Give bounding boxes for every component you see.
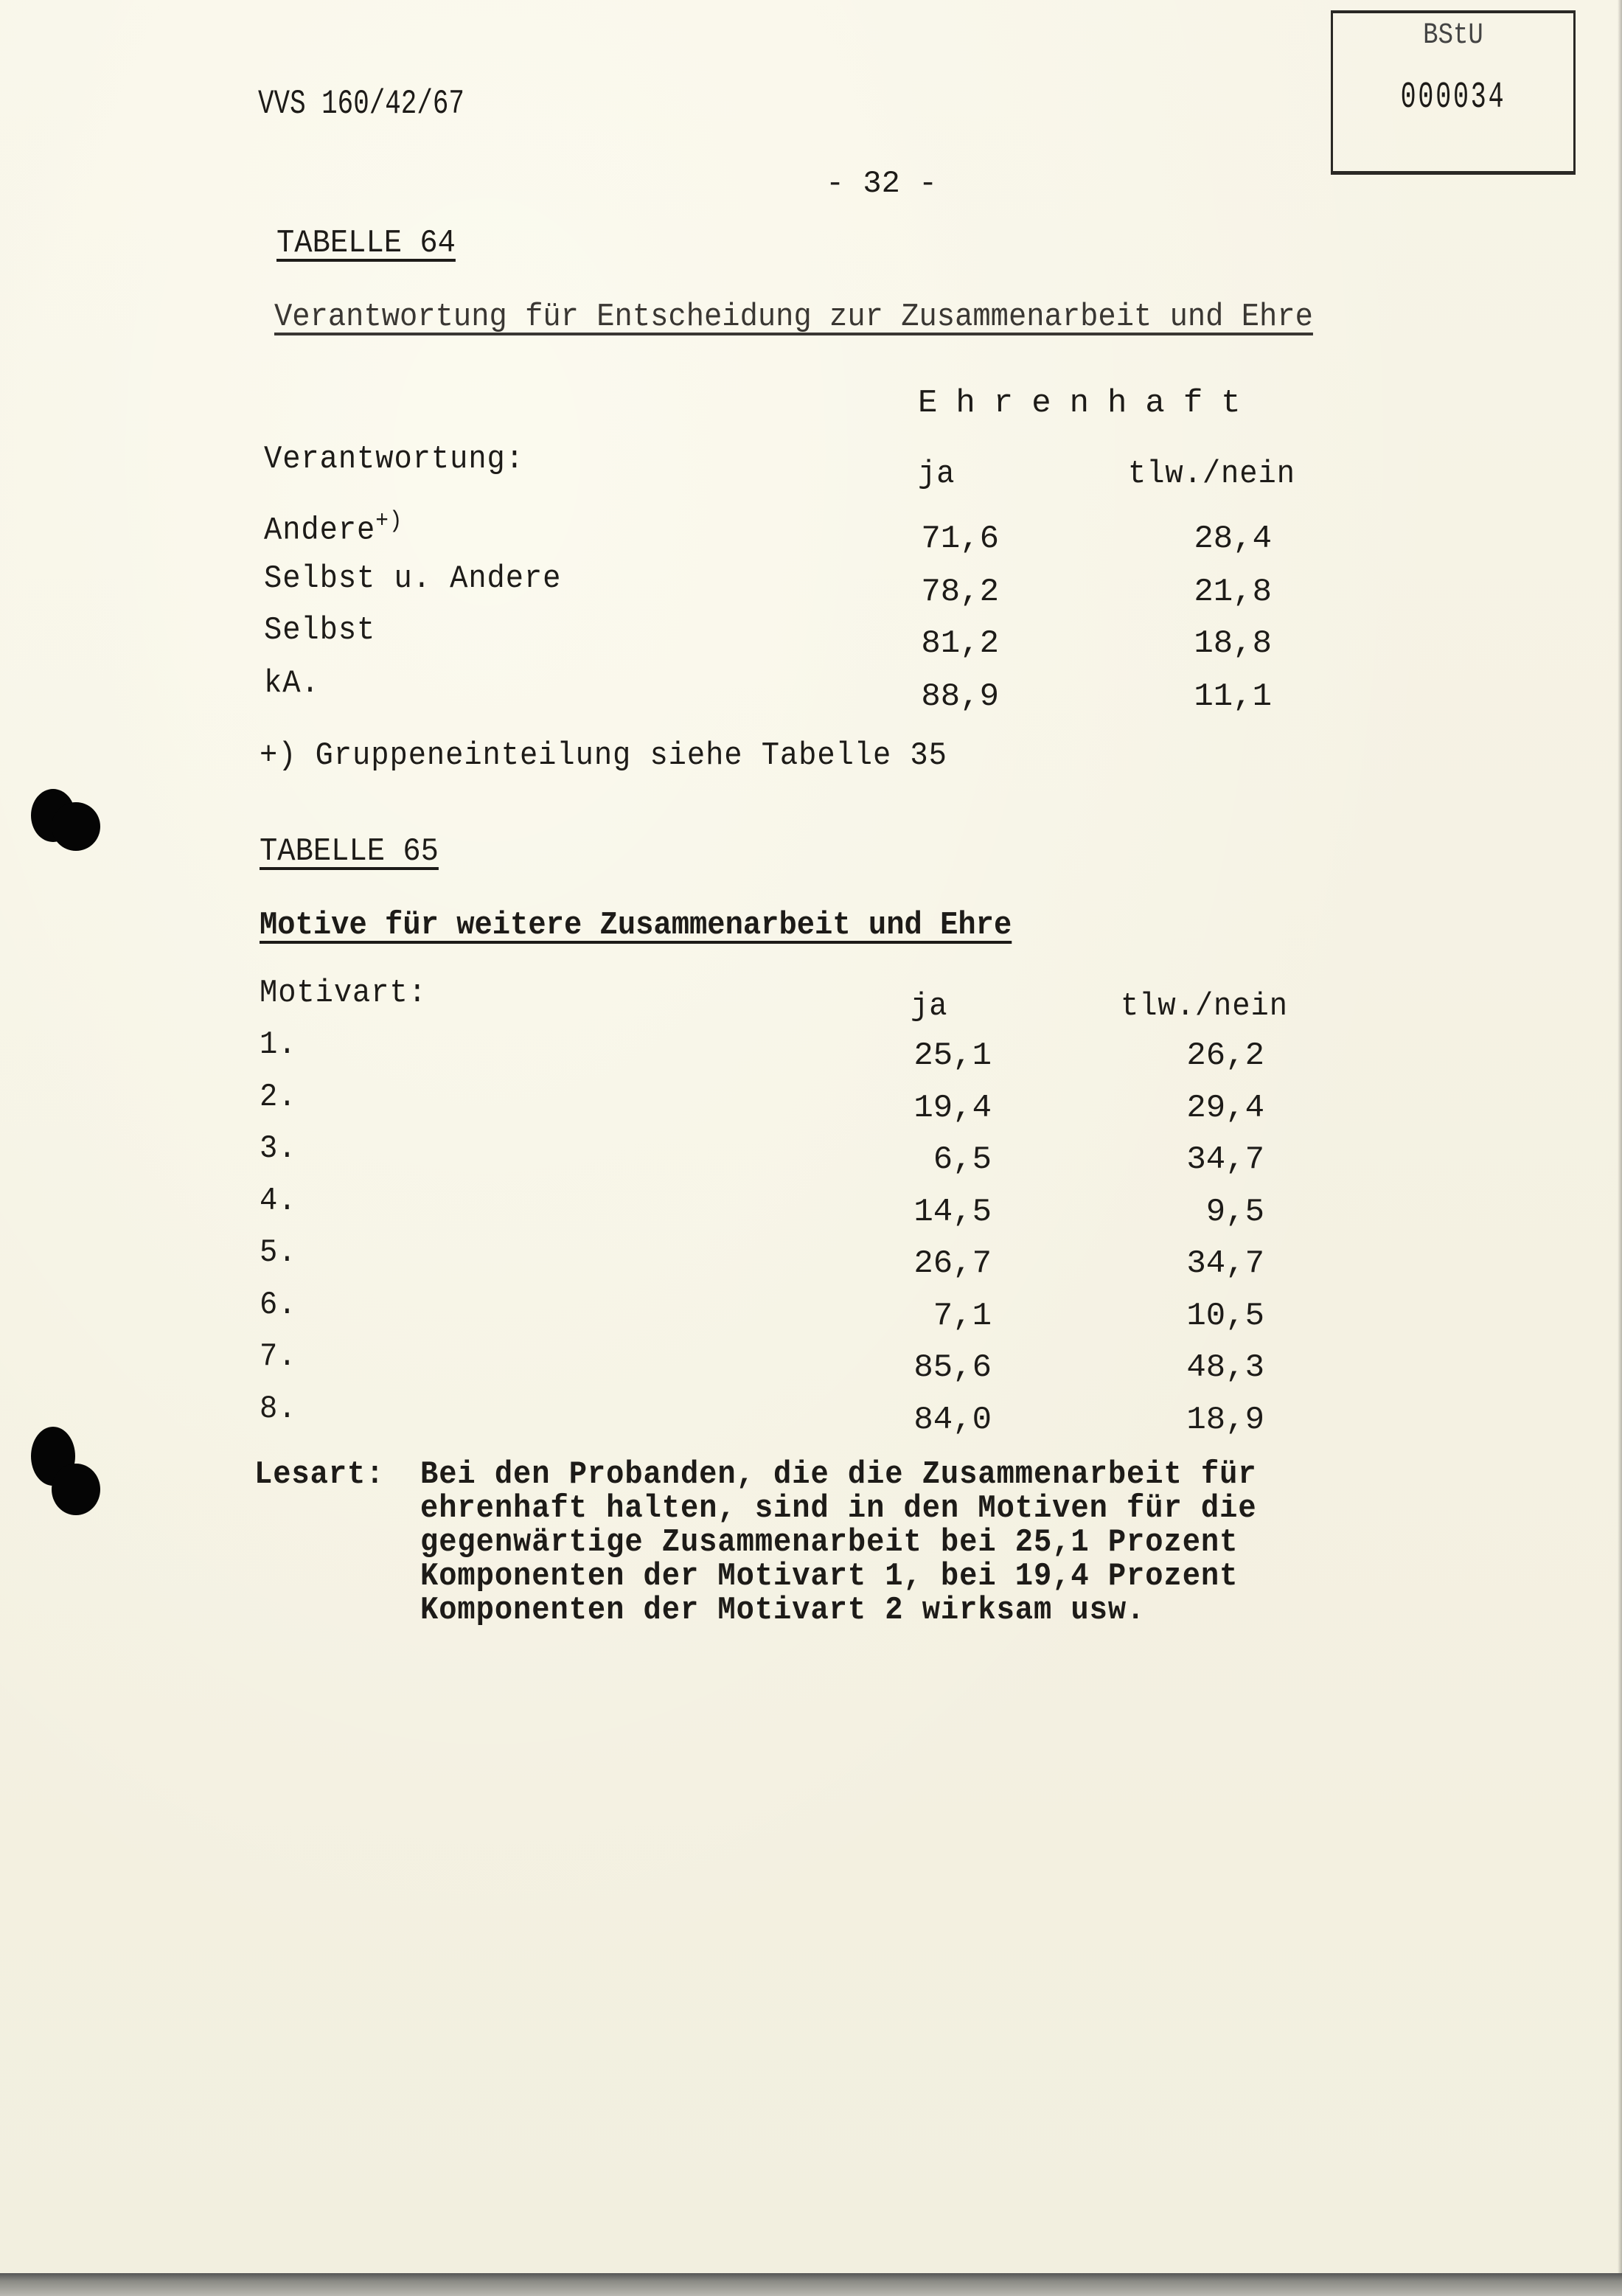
table-64-footnote: +) Gruppeneinteilung siehe Tabelle 35 (260, 737, 947, 774)
punch-hole-top-shadow (52, 802, 100, 851)
document-page (0, 0, 1622, 2278)
table-65-cell-ja: 6,5 (844, 1141, 992, 1178)
table-64-row-label: Selbst u. Andere (264, 560, 561, 597)
document-reference: VVS 160/42/67 (258, 85, 464, 123)
archive-stamp: BStU 000034 (1331, 10, 1576, 175)
table-65-cell-ja: 19,4 (844, 1090, 992, 1127)
stamp-sheet-number: 000034 (1369, 77, 1537, 119)
table-64-cell-tlw-nein: 21,8 (1124, 574, 1272, 610)
scan-background-edge (0, 2273, 1622, 2296)
table-65-row-label: 2. (260, 1079, 296, 1116)
table-65-title: TABELLE 65 (260, 833, 439, 870)
table-65-col-tlw-nein: tlw./nein (1121, 988, 1288, 1025)
table-64-cell-ja: 71,6 (852, 521, 999, 557)
reading-note-line: Komponenten der Motivart 1, bei 19,4 Pro… (420, 1558, 1238, 1595)
table-64-row-label: Andere+) (264, 507, 403, 549)
table-65-col-ja: ja (911, 988, 947, 1025)
table-65-row-label: 8. (260, 1391, 296, 1427)
table-65-cell-tlw-nein: 48,3 (1117, 1349, 1264, 1386)
table-64-cell-tlw-nein: 28,4 (1124, 521, 1272, 557)
table-65-row-label: 1. (260, 1026, 296, 1063)
table-65-row-header: Motivart: (260, 975, 427, 1012)
table-65-cell-ja: 26,7 (844, 1245, 992, 1282)
table-65-row-label: 4. (260, 1183, 296, 1220)
table-64-col-ja: ja (918, 456, 955, 493)
table-64-row-label: Selbst (264, 612, 375, 649)
table-64-subtitle: Verantwortung für Entscheidung zur Zusam… (274, 299, 1313, 335)
table-64-title: TABELLE 64 (276, 225, 456, 262)
reading-note-line: Bei den Probanden, die die Zusammenarbei… (420, 1456, 1257, 1493)
reading-note-line: ehrenhaft halten, sind in den Motiven fü… (420, 1490, 1257, 1527)
stamp-organization: BStU (1351, 19, 1555, 52)
table-65-cell-tlw-nein: 9,5 (1117, 1194, 1264, 1231)
table-65-subtitle: Motive für weitere Zusammenarbeit und Eh… (260, 907, 1012, 944)
table-65-cell-ja: 84,0 (844, 1402, 992, 1439)
table-65-cell-tlw-nein: 29,4 (1117, 1090, 1264, 1127)
table-65-row-label: 7. (260, 1338, 296, 1375)
table-64-cell-ja: 88,9 (852, 678, 999, 715)
table-64-col-tlw-nein: tlw./nein (1128, 456, 1295, 493)
table-65-cell-tlw-nein: 34,7 (1117, 1245, 1264, 1282)
table-64-group-header: Ehrenhaft (918, 385, 1259, 422)
table-65-cell-ja: 85,6 (844, 1349, 992, 1386)
table-64-cell-tlw-nein: 11,1 (1124, 678, 1272, 715)
table-65-row-label: 6. (260, 1287, 296, 1323)
reading-note-line: gegenwärtige Zusammenarbeit bei 25,1 Pro… (420, 1524, 1238, 1561)
table-64-cell-tlw-nein: 18,8 (1124, 625, 1272, 662)
table-64-cell-ja: 81,2 (852, 625, 999, 662)
table-64-row-header: Verantwortung: (264, 441, 524, 478)
page-edge-shadow (1618, 0, 1622, 2278)
table-65-cell-ja: 7,1 (844, 1298, 992, 1335)
reading-note-line: Komponenten der Motivart 2 wirksam usw. (420, 1592, 1145, 1629)
table-65-cell-ja: 14,5 (844, 1194, 992, 1231)
table-65-row-label: 5. (260, 1234, 296, 1271)
table-65-cell-tlw-nein: 26,2 (1117, 1037, 1264, 1074)
table-64-row-label: kA. (264, 665, 320, 702)
page-number: - 32 - (826, 166, 937, 201)
table-65-cell-ja: 25,1 (844, 1037, 992, 1074)
table-64-cell-ja: 78,2 (852, 574, 999, 610)
table-65-cell-tlw-nein: 34,7 (1117, 1141, 1264, 1178)
footnote-marker: +) (375, 507, 403, 535)
punch-hole-bottom-shadow (52, 1464, 100, 1515)
table-65-row-label: 3. (260, 1130, 296, 1167)
reading-note-label: Lesart: (254, 1456, 384, 1493)
table-65-cell-tlw-nein: 18,9 (1117, 1402, 1264, 1439)
table-65-cell-tlw-nein: 10,5 (1117, 1298, 1264, 1335)
